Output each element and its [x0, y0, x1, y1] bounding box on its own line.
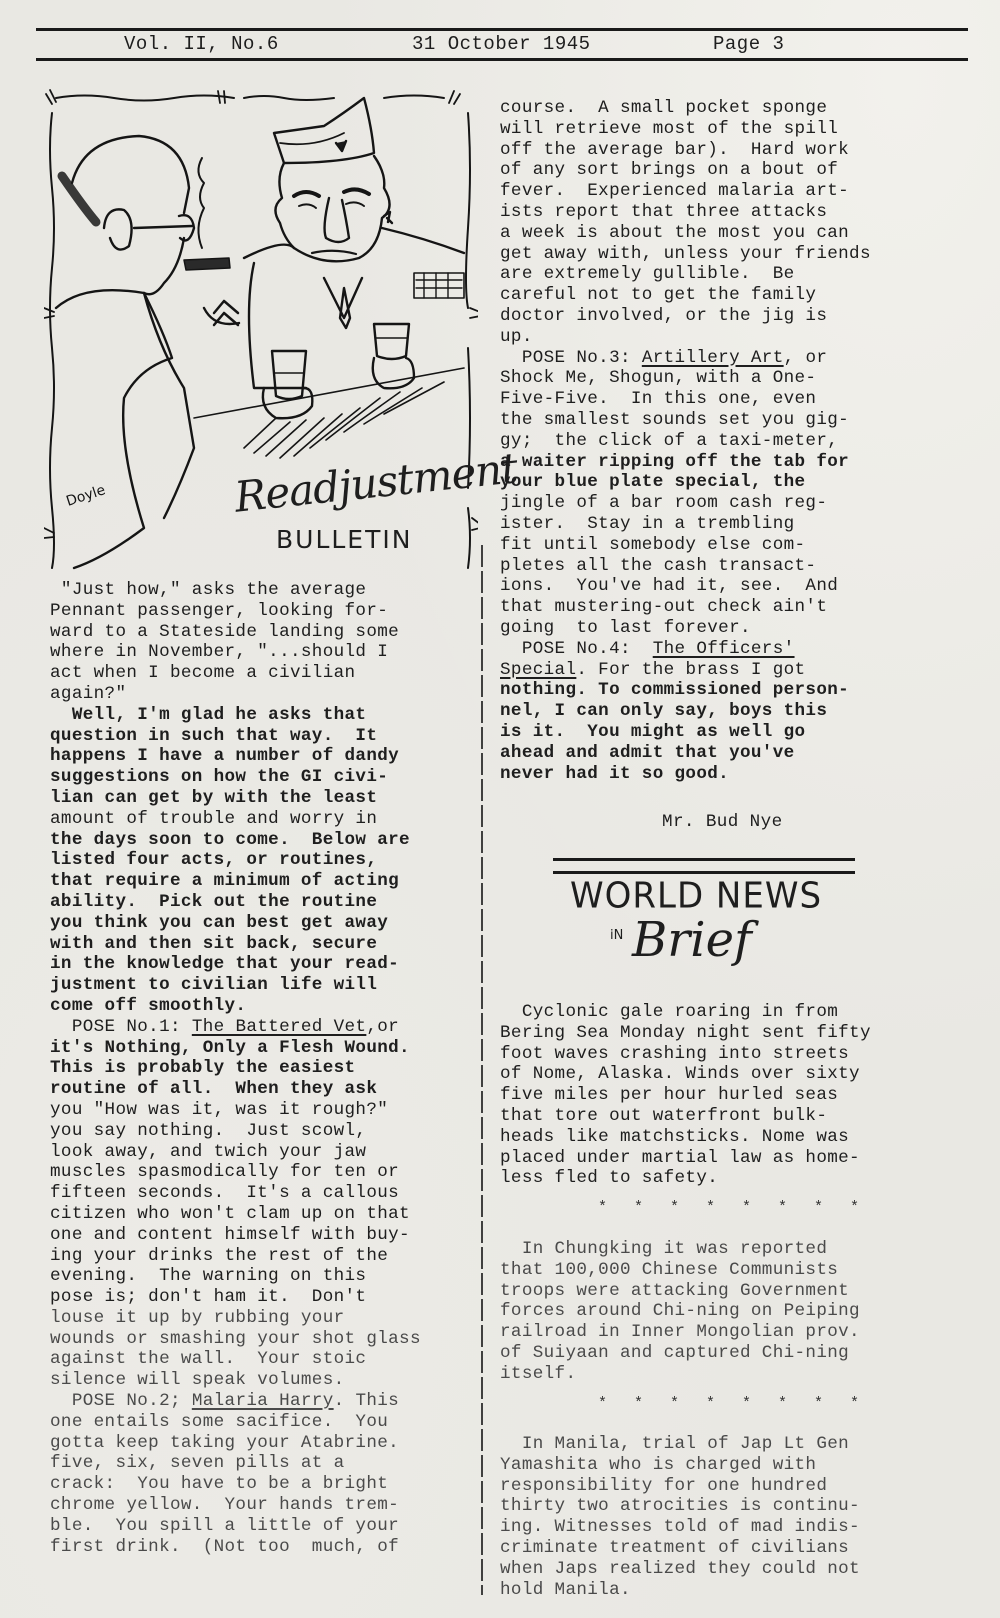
text-line: routine of all. When they ask [50, 1079, 421, 1100]
text-line: against the wall. Your stoic [50, 1349, 421, 1370]
line-text: doctor involved, or the jig is [500, 306, 827, 326]
line-text: chrome yellow. Your hands trem- [50, 1495, 399, 1515]
news-item-manila: In Manila, trial of Jap Lt GenYamashita … [500, 1434, 860, 1600]
text-line: five miles per hour hurled seas [500, 1085, 871, 1106]
line-text: will retrieve most of the spill [500, 119, 838, 139]
line-text: careful not to get the family [500, 285, 816, 305]
text-line: come off smoothly. [50, 996, 421, 1017]
issue-date: 31 October 1945 [412, 33, 591, 55]
text-line: suggestions on how the GI civi- [50, 767, 421, 788]
text-line: POSE No.4: The Officers' [500, 639, 871, 660]
text-line: itself. [500, 1364, 860, 1385]
text-line: that mustering-out check ain't [500, 597, 871, 618]
line-text: question in such that way. It [50, 726, 377, 746]
readjustment-bulletin-cartoon: Doyle Readjustment BULLETIN [44, 88, 478, 578]
text-line: jingle of a bar room cash reg- [500, 493, 871, 514]
text-line: up. [500, 327, 871, 348]
text-line: it's Nothing, Only a Flesh Wound. [50, 1038, 421, 1059]
text-line: you "How was it, was it rough?" [50, 1100, 421, 1121]
text-line: foot waves crashing into streets [500, 1044, 871, 1065]
text-line: the days soon to come. Below are [50, 830, 421, 851]
line-text: routine of all. When they ask [50, 1079, 377, 1099]
news-item-nome: Cyclonic gale roaring in fromBering Sea … [500, 1002, 871, 1189]
text-line: ing your drinks the rest of the [50, 1246, 421, 1267]
text-line: of any sort brings on a bout of [500, 160, 871, 181]
line-text: again?" [50, 684, 126, 704]
text-line: ing. Witnesses told of mad indis- [500, 1517, 860, 1538]
volume-number: Vol. II, No.6 [124, 33, 279, 55]
text-line: the smallest sounds set you gig- [500, 410, 871, 431]
text-line: nothing. To commissioned person- [500, 680, 871, 701]
line-text: crack: You have to be a bright [50, 1474, 388, 1494]
text-line: of Nome, Alaska. Winds over sixty [500, 1064, 871, 1085]
line-text: pose is; don't ham it. Don't [50, 1287, 366, 1307]
text-line: amount of trouble and worry in [50, 809, 421, 830]
line-text: listed four acts, or routines, [50, 850, 377, 870]
masthead-bottom-rule [36, 58, 968, 61]
line-text: that require a minimum of acting [50, 871, 399, 891]
text-line: Yamashita who is charged with [500, 1455, 860, 1476]
line-text: that mustering-out check ain't [500, 597, 827, 617]
text-line: chrome yellow. Your hands trem- [50, 1495, 421, 1516]
line-text: Five-Five. In this one, even [500, 389, 816, 409]
line-text: . This [334, 1391, 399, 1411]
line-text: the smallest sounds set you gig- [500, 410, 849, 430]
text-line: In Chungking it was reported [500, 1239, 860, 1260]
text-line: evening. The warning on this [50, 1266, 421, 1287]
text-line: Bering Sea Monday night sent fifty [500, 1023, 871, 1044]
line-text: . For the brass I got [576, 660, 805, 680]
line-text: POSE No.3: [500, 348, 642, 368]
world-news-heading-in: iN [610, 928, 623, 943]
text-line: you say nothing. Just scowl, [50, 1121, 421, 1142]
text-line: fifteen seconds. It's a callous [50, 1183, 421, 1204]
text-line: that tore out waterfront bulk- [500, 1106, 871, 1127]
line-text: come off smoothly. [50, 996, 246, 1016]
text-line: ions. You've had it, see. And [500, 576, 871, 597]
line-text: five, six, seven pills at a [50, 1453, 345, 1473]
line-text: ists report that three attacks [500, 202, 827, 222]
line-text: you think you can best get away [50, 913, 388, 933]
text-line: look away, and twich your jaw [50, 1142, 421, 1163]
text-line: one and content himself with buy- [50, 1225, 421, 1246]
line-text: is it. You might as well go [500, 722, 805, 742]
text-line: ble. You spill a little of your [50, 1516, 421, 1537]
line-text: first drink. (Not too much, of [50, 1537, 399, 1557]
text-line: that 100,000 Chinese Communists [500, 1260, 860, 1281]
world-news-rule-bottom [553, 871, 855, 874]
masthead: Vol. II, No.6 31 October 1945 Page 3 [0, 31, 1000, 57]
text-line: question in such that way. It [50, 726, 421, 747]
text-line: In Manila, trial of Jap Lt Gen [500, 1434, 860, 1455]
line-text: evening. The warning on this [50, 1266, 366, 1286]
text-line: POSE No.1: The Battered Vet,or [50, 1017, 421, 1038]
line-text: you say nothing. Just scowl, [50, 1121, 366, 1141]
line-text: it's Nothing, Only a Flesh Wound. [50, 1038, 410, 1058]
line-text: you "How was it, was it rough?" [50, 1100, 388, 1120]
text-line: ability. Pick out the routine [50, 892, 421, 913]
text-line: thirty two atrocities is continu- [500, 1496, 860, 1517]
text-line: Pennant passenger, looking for- [50, 601, 421, 622]
line-text: muscles spasmodically for ten or [50, 1162, 399, 1182]
text-line: pose is; don't ham it. Don't [50, 1287, 421, 1308]
text-line: never had it so good. [500, 764, 871, 785]
line-text: ward to a Stateside landing some [50, 622, 399, 642]
line-text: silence will speak volumes. [50, 1370, 345, 1390]
line-text: one and content himself with buy- [50, 1225, 410, 1245]
line-text: a waiter ripping off the tab for [500, 452, 849, 472]
line-text: citizen who won't clam up on that [50, 1204, 410, 1224]
line-text: with and then sit back, secure [50, 934, 377, 954]
line-text: ister. Stay in a trembling [500, 514, 795, 534]
line-text: Shock Me, Shogun, with a One- [500, 368, 816, 388]
cartoon-title-caps: BULLETIN [276, 525, 412, 554]
text-line: a week is about the most you can [500, 223, 871, 244]
text-line: Five-Five. In this one, even [500, 389, 871, 410]
text-line: nel, I can only say, boys this [500, 701, 871, 722]
line-text: fit until somebody else com- [500, 535, 805, 555]
line-text: Pennant passenger, looking for- [50, 601, 388, 621]
text-line: happens I have a number of dandy [50, 746, 421, 767]
text-line: a waiter ripping off the tab for [500, 452, 871, 473]
line-text: nothing. To commissioned person- [500, 680, 849, 700]
line-text: get away with, unless your friends [500, 244, 871, 264]
text-line: when Japs realized they could not [500, 1559, 860, 1580]
text-line: listed four acts, or routines, [50, 850, 421, 871]
line-text: lian can get by with the least [50, 788, 377, 808]
text-line: one entails some sacifice. You [50, 1412, 421, 1433]
line-text: off the average bar). Hard work [500, 140, 849, 160]
text-line: POSE No.3: Artillery Art, or [500, 348, 871, 369]
text-line: criminate treatment of civilians [500, 1538, 860, 1559]
line-text: ability. Pick out the routine [50, 892, 377, 912]
text-line: silence will speak volumes. [50, 1370, 421, 1391]
line-text: jingle of a bar room cash reg- [500, 493, 827, 513]
text-line: heads like matchsticks. Nome was [500, 1127, 871, 1148]
line-text: the days soon to come. Below are [50, 830, 410, 850]
text-line: doctor involved, or the jig is [500, 306, 871, 327]
pose-title: Malaria Harry [192, 1391, 334, 1411]
text-line: fit until somebody else com- [500, 535, 871, 556]
news-separator: * * * * * * * * [598, 1395, 868, 1412]
text-line: ahead and admit that you've [500, 743, 871, 764]
line-text: POSE No.2; [50, 1391, 192, 1411]
text-line: louse it up by rubbing your [50, 1308, 421, 1329]
article-byline: Mr. Bud Nye [662, 812, 783, 832]
line-text: , or [784, 348, 828, 368]
text-line: Well, I'm glad he asks that [50, 705, 421, 726]
text-line: Cyclonic gale roaring in from [500, 1002, 871, 1023]
text-line: again?" [50, 684, 421, 705]
line-text: fifteen seconds. It's a callous [50, 1183, 399, 1203]
text-line: Special. For the brass I got [500, 660, 871, 681]
text-line: will retrieve most of the spill [500, 119, 871, 140]
text-line: ister. Stay in a trembling [500, 514, 871, 535]
text-line: less fled to safety. [500, 1168, 871, 1189]
line-text: ble. You spill a little of your [50, 1516, 399, 1536]
line-text: a week is about the most you can [500, 223, 849, 243]
line-text: never had it so good. [500, 764, 729, 784]
pose-title: The Battered Vet [192, 1017, 367, 1037]
text-line: pletes all the cash transact- [500, 556, 871, 577]
line-text: act when I become a civilian [50, 663, 355, 683]
line-text: Well, I'm glad he asks that [50, 705, 366, 725]
world-news-rule-top [553, 858, 855, 861]
line-text: amount of trouble and worry in [50, 809, 377, 829]
text-line: you think you can best get away [50, 913, 421, 934]
text-line: off the average bar). Hard work [500, 140, 871, 161]
text-line: of Suiyaan and captured Chi-ning [500, 1343, 860, 1364]
text-line: responsibility for one hundred [500, 1476, 860, 1497]
text-line: gy; the click of a taxi-meter, [500, 431, 871, 452]
text-line: crack: You have to be a bright [50, 1474, 421, 1495]
text-line: ists report that three attacks [500, 202, 871, 223]
line-text: This is probably the easiest [50, 1058, 355, 1078]
line-text: are extremely gullible. Be [500, 264, 795, 284]
text-line: act when I become a civilian [50, 663, 421, 684]
line-text: ahead and admit that you've [500, 743, 795, 763]
line-text: gotta keep taking your Atabrine. [50, 1433, 399, 1453]
text-line: hold Manila. [500, 1580, 860, 1601]
news-separator: * * * * * * * * [598, 1199, 868, 1216]
world-news-heading-brief: Brief [632, 912, 752, 968]
text-line: forces around Chi-ning on Peiping [500, 1301, 860, 1322]
text-line: lian can get by with the least [50, 788, 421, 809]
text-line: fever. Experienced malaria art- [500, 181, 871, 202]
line-text: POSE No.1: [50, 1017, 192, 1037]
world-news-heading: WORLD NEWS [570, 875, 822, 917]
text-line: that require a minimum of acting [50, 871, 421, 892]
text-line: muscles spasmodically for ten or [50, 1162, 421, 1183]
text-line: placed under martial law as home- [500, 1148, 871, 1169]
text-line: railroad in Inner Mongolian prov. [500, 1322, 860, 1343]
text-line: five, six, seven pills at a [50, 1453, 421, 1474]
text-line: your blue plate special, the [500, 472, 871, 493]
text-line: "Just how," asks the average [50, 580, 421, 601]
text-line: are extremely gullible. Be [500, 264, 871, 285]
text-line: careful not to get the family [500, 285, 871, 306]
line-text: look away, and twich your jaw [50, 1142, 366, 1162]
text-line: This is probably the easiest [50, 1058, 421, 1079]
text-line: is it. You might as well go [500, 722, 871, 743]
line-text: gy; the click of a taxi-meter, [500, 431, 838, 451]
line-text: in the knowledge that your read- [50, 954, 399, 974]
line-text: louse it up by rubbing your [50, 1308, 345, 1328]
pose-title: Special [500, 660, 576, 680]
text-line: with and then sit back, secure [50, 934, 421, 955]
text-line: in the knowledge that your read- [50, 954, 421, 975]
line-text: course. A small pocket sponge [500, 98, 827, 118]
line-text: ions. You've had it, see. And [500, 576, 838, 596]
text-line: course. A small pocket sponge [500, 98, 871, 119]
line-text: happens I have a number of dandy [50, 746, 399, 766]
text-line: citizen who won't clam up on that [50, 1204, 421, 1225]
line-text: of any sort brings on a bout of [500, 160, 838, 180]
svg-text:Doyle: Doyle [64, 482, 107, 510]
pose-title: The Officers' [653, 639, 795, 659]
text-line: going to last forever. [500, 618, 871, 639]
line-text: justment to civilian life will [50, 975, 377, 995]
text-line: Shock Me, Shogun, with a One- [500, 368, 871, 389]
line-text: POSE No.4: [500, 639, 653, 659]
line-text: suggestions on how the GI civi- [50, 767, 388, 787]
text-line: troops were attacking Government [500, 1281, 860, 1302]
line-text: pletes all the cash transact- [500, 556, 816, 576]
line-text: "Just how," asks the average [50, 580, 366, 600]
line-text: against the wall. Your stoic [50, 1349, 366, 1369]
line-text: wounds or smashing your shot glass [50, 1329, 421, 1349]
text-line: first drink. (Not too much, of [50, 1537, 421, 1558]
pose-title: Artillery Art [642, 348, 784, 368]
text-line: where in November, "...should I [50, 642, 421, 663]
text-line: ward to a Stateside landing some [50, 622, 421, 643]
article-left-column: "Just how," asks the averagePennant pass… [50, 580, 421, 1557]
text-line: gotta keep taking your Atabrine. [50, 1433, 421, 1454]
text-line: wounds or smashing your shot glass [50, 1329, 421, 1350]
line-text: going to last forever. [500, 618, 751, 638]
line-text: one entails some sacifice. You [50, 1412, 388, 1432]
text-line: justment to civilian life will [50, 975, 421, 996]
line-text: ,or [366, 1017, 399, 1037]
article-right-column: course. A small pocket spongewill retrie… [500, 98, 871, 784]
line-text: fever. Experienced malaria art- [500, 181, 849, 201]
line-text: your blue plate special, the [500, 472, 805, 492]
text-line: get away with, unless your friends [500, 244, 871, 265]
line-text: ing your drinks the rest of the [50, 1246, 388, 1266]
column-divider [481, 545, 483, 1595]
line-text: where in November, "...should I [50, 642, 388, 662]
text-line: POSE No.2; Malaria Harry. This [50, 1391, 421, 1412]
page-number: Page 3 [713, 33, 784, 55]
news-item-chungking: In Chungking it was reportedthat 100,000… [500, 1239, 860, 1385]
line-text: up. [500, 327, 533, 347]
line-text: nel, I can only say, boys this [500, 701, 827, 721]
